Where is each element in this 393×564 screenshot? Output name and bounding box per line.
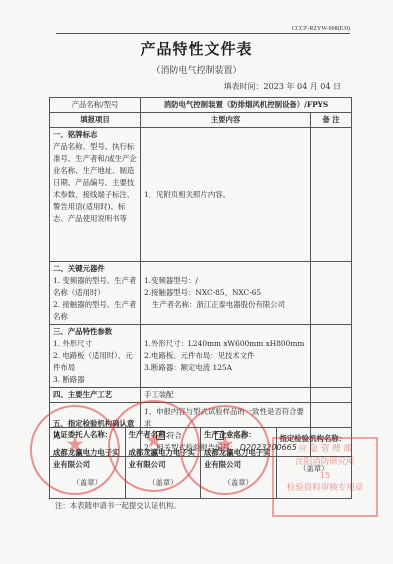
seal-label: （盖章） — [53, 477, 122, 489]
seal-label: （盖章） — [280, 463, 349, 475]
section-heading: 三、产品特性参数 — [53, 326, 137, 338]
section-heading: 一、铭牌标志 — [53, 129, 137, 141]
section-4-heading: 四、主要生产工艺 — [50, 388, 141, 403]
section-heading: 二、关键元器件 — [53, 263, 137, 275]
signature-label: 指定检验机构名称： — [280, 433, 349, 445]
product-characteristics-table: 产品名称/型号 消防电气控制装置（防排烟风机控制设备）/FPYS 填报项目 主要… — [49, 97, 352, 457]
column-header-remark: 备 注 — [311, 113, 352, 128]
signature-name: 成都龙瀛电力电子实业有限公司 — [53, 447, 122, 471]
content-line: 2.电路板、元件布局：见技术文件 — [144, 350, 307, 362]
content-line: 1.变频器型号：/ — [144, 275, 307, 287]
section-3-cell: 三、产品特性参数 1. 外形尺寸 2. 电路板（适用时）、元件布局 3. 断路器 — [50, 325, 141, 388]
table-row: 三、产品特性参数 1. 外形尺寸 2. 电路板（适用时）、元件布局 3. 断路器… — [50, 325, 352, 388]
section-3-remark — [311, 325, 352, 388]
document-subtitle: （消防电气控制装置） — [0, 63, 393, 76]
section-4-content: 手工装配 — [141, 388, 311, 403]
table-row: 一、铭牌标志 产品名称、型号、执行标准号、生产者和/或生产企业名称、生产地址、制… — [50, 128, 352, 262]
signature-cell-manufacturer: 生产者名称： 成都龙瀛电力电子实业有限公司 （盖章） — [125, 428, 201, 499]
seal-label: （盖章） — [129, 477, 198, 489]
signature-name: 成都龙瀛电力电子实业有限公司 — [204, 447, 273, 471]
product-value: 消防电气控制装置（防排烟风机控制设备）/FPYS — [141, 98, 352, 113]
seal-label: （盖章） — [204, 477, 273, 489]
signature-table: 认证委托人名称： 成都龙瀛电力电子实业有限公司 （盖章） 生产者名称： 成都龙瀛… — [49, 427, 352, 499]
content-line: 2.接触器型号：NXC-85、NXC-65 — [144, 287, 307, 299]
section-1-remark — [311, 128, 352, 262]
signature-label: 生产企业名称： — [204, 429, 273, 441]
product-row: 产品名称/型号 消防电气控制装置（防排烟风机控制设备）/FPYS — [50, 98, 352, 113]
section-item: 1. 外形尺寸 2. 电路板（适用时）、元件布局 3. 断路器 — [53, 338, 137, 386]
table-row: 四、主要生产工艺 手工装配 — [50, 388, 352, 403]
table-row: 二、关键元器件 1. 变频器的型号、生产者名称（适用时） 2. 接触器的型号、生… — [50, 262, 352, 325]
header-rule — [56, 33, 350, 34]
column-header-item: 填报项目 — [50, 113, 141, 128]
signature-cell-applicant: 认证委托人名称： 成都龙瀛电力电子实业有限公司 （盖章） — [50, 428, 126, 499]
signature-label: 认证委托人名称： — [53, 429, 122, 441]
footer-note: 注：本表随申请书一起提交认证机构。 — [55, 500, 181, 511]
content-line: 3.断路器：额定电流 125A — [144, 362, 307, 374]
column-header-row: 填报项目 主要内容 备 注 — [50, 113, 352, 128]
fill-date: 填表时间：2023 年 04 月 04 日 — [224, 81, 341, 92]
content-line: 1、申报内容与型式试验样品的一致性是否符合要求 — [144, 406, 307, 430]
section-item: 产品名称、型号、执行标准号、生产者和/或生产企业名称、生产地址、制造日期、产品编… — [53, 141, 137, 225]
section-2-content: 1.变频器型号：/ 2.接触器型号：NXC-85、NXC-65 生产者名称：浙江… — [141, 262, 311, 325]
signature-label: 生产者名称： — [129, 429, 198, 441]
document-title: 产品特性文件表 — [0, 38, 393, 59]
signature-name: 成都龙瀛电力电子实业有限公司 — [129, 447, 198, 471]
signature-cell-factory: 生产企业名称： 成都龙瀛电力电子实业有限公司 （盖章） — [201, 428, 277, 499]
content-line: 1．见附页相关照片内容。 — [144, 189, 307, 201]
content-line: 1.外形尺寸：L240mm xW600mm xH800mm — [144, 338, 307, 350]
signature-cell-lab: 指定检验机构名称： （盖章） — [276, 428, 352, 499]
document-code: CCCF-RZYW-008(E/0) — [292, 26, 350, 32]
section-2-remark — [311, 262, 352, 325]
section-3-content: 1.外形尺寸：L240mm xW600mm xH800mm 2.电路板、元件布局… — [141, 325, 311, 388]
section-1-cell: 一、铭牌标志 产品名称、型号、执行标准号、生产者和/或生产企业名称、生产地址、制… — [50, 128, 141, 262]
column-header-content: 主要内容 — [141, 113, 311, 128]
signature-row: 认证委托人名称： 成都龙瀛电力电子实业有限公司 （盖章） 生产者名称： 成都龙瀛… — [50, 428, 352, 499]
section-4-remark — [311, 388, 352, 403]
section-2-cell: 二、关键元器件 1. 变频器的型号、生产者名称（适用时） 2. 接触器的型号、生… — [50, 262, 141, 325]
product-label: 产品名称/型号 — [50, 98, 141, 113]
content-line: 生产者名称：浙江正泰电器股份有限公司 — [144, 299, 307, 311]
section-item: 1. 变频器的型号、生产者名称（适用时） 2. 接触器的型号、生产者名称 — [53, 275, 137, 323]
section-1-content: 1．见附页相关照片内容。 — [141, 128, 311, 262]
